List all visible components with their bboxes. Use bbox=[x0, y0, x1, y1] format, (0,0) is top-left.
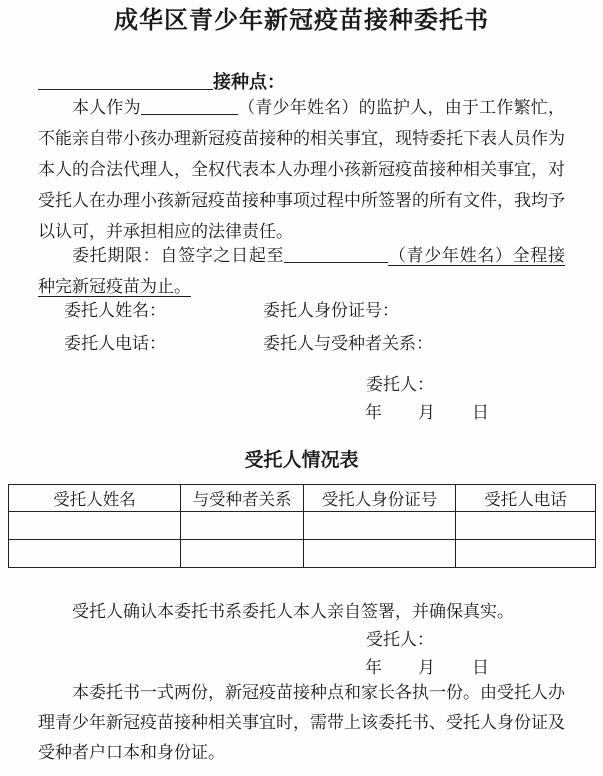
authorization-document: 成华区青少年新冠疫苗接种委托书 接种点： 本人作为（青少年姓名）的监护人，由于工… bbox=[0, 0, 603, 776]
day-label: 日 bbox=[472, 658, 489, 677]
principal-name-label: 委托人姓名： bbox=[38, 294, 263, 327]
delegation-term-paragraph: 委托期限：自签字之日起至（青少年姓名）全程接种完新冠疫苗为止。 bbox=[38, 240, 565, 302]
trustee-table-title: 受托人情况表 bbox=[0, 448, 603, 474]
trustee-date-line: 年月日 bbox=[0, 656, 603, 680]
table-cell bbox=[304, 540, 456, 568]
copies-instruction-paragraph: 本委托书一式两份，新冠疫苗接种点和家长各执一份。由受托人办理青少年新冠疫苗接种相… bbox=[38, 678, 565, 768]
table-cell bbox=[9, 540, 181, 568]
day-label: 日 bbox=[472, 403, 489, 422]
guardian-statement-body: （青少年姓名）的监护人，由于工作繁忙，不能亲自带小孩办理新冠疫苗接种的相关事宜，… bbox=[38, 98, 565, 241]
header-trustee-relation: 与受种者关系 bbox=[181, 485, 304, 512]
delegation-term-prefix: 委托期限：自签字之日起至 bbox=[72, 246, 284, 265]
header-trustee-id: 受托人身份证号 bbox=[304, 485, 456, 512]
header-trustee-phone: 受托人电话 bbox=[456, 485, 596, 512]
table-cell bbox=[9, 512, 181, 540]
page-title: 成华区青少年新冠疫苗接种委托书 bbox=[0, 6, 603, 36]
trustee-confirmation-text: 受托人确认本委托书系委托人本人亲自签署，并确保真实。 bbox=[38, 596, 565, 627]
trustee-table-empty-row bbox=[9, 540, 596, 568]
month-label: 月 bbox=[418, 658, 435, 677]
trustee-signature-text: 受托人： bbox=[366, 630, 434, 649]
trustee-signature-label: 受托人： bbox=[0, 628, 603, 652]
table-cell bbox=[304, 512, 456, 540]
table-cell bbox=[181, 512, 304, 540]
trustee-table-empty-row bbox=[9, 512, 596, 540]
principal-signature-label: 委托人： bbox=[0, 373, 603, 397]
principal-date-line: 年月日 bbox=[0, 401, 603, 425]
table-cell bbox=[456, 540, 596, 568]
vaccination-site-label: 接种点： bbox=[213, 72, 285, 92]
principal-fields-row-2: 委托人电话： 委托人与受种者关系： bbox=[38, 327, 565, 360]
year-label: 年 bbox=[365, 403, 382, 422]
vaccination-site-blank-field bbox=[38, 72, 213, 90]
table-cell bbox=[181, 540, 304, 568]
principal-fields: 委托人姓名： 委托人身份证号： 委托人电话： 委托人与受种者关系： bbox=[38, 294, 565, 360]
header-trustee-name: 受托人姓名 bbox=[9, 485, 181, 512]
guardian-statement-paragraph: 本人作为（青少年姓名）的监护人，由于工作繁忙，不能亲自带小孩办理新冠疫苗接种的相… bbox=[38, 92, 565, 247]
trustee-table-header-row: 受托人姓名 与受种者关系 受托人身份证号 受托人电话 bbox=[9, 485, 596, 512]
principal-signature-text: 委托人： bbox=[366, 375, 434, 394]
principal-phone-label: 委托人电话： bbox=[38, 327, 263, 360]
principal-id-label: 委托人身份证号： bbox=[263, 294, 399, 327]
term-youth-name-blank-field bbox=[284, 245, 388, 263]
table-cell bbox=[456, 512, 596, 540]
youth-name-blank-field bbox=[141, 97, 238, 115]
year-label: 年 bbox=[365, 658, 382, 677]
principal-relation-label: 委托人与受种者关系： bbox=[263, 327, 433, 360]
trustee-info-table: 受托人姓名 与受种者关系 受托人身份证号 受托人电话 bbox=[8, 484, 596, 568]
month-label: 月 bbox=[418, 403, 435, 422]
principal-fields-row-1: 委托人姓名： 委托人身份证号： bbox=[38, 294, 565, 327]
guardian-statement-prefix: 本人作为 bbox=[72, 98, 141, 117]
